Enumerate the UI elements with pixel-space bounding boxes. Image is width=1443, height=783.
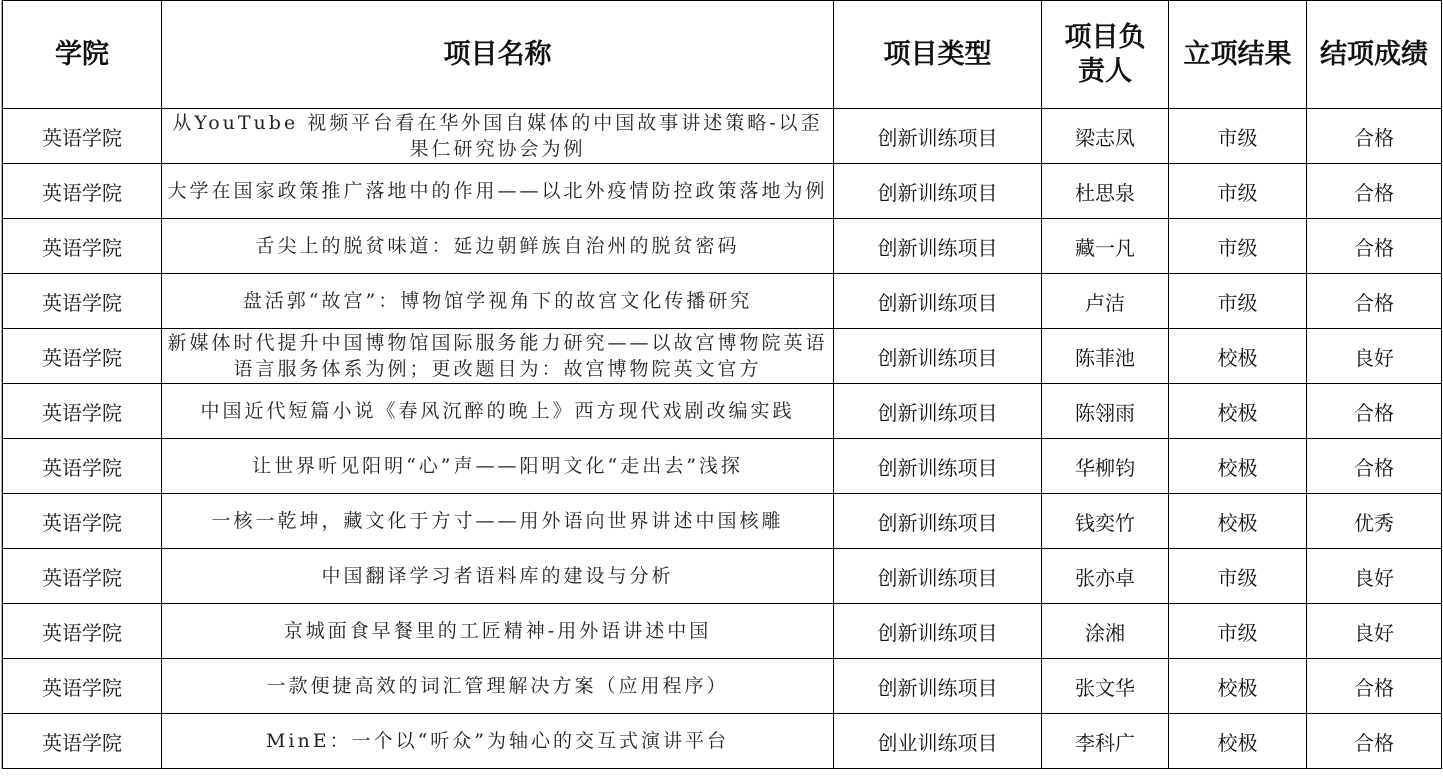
project-name-text: 让世界听见阳明“心”声——阳明文化“走出去”浅探 <box>162 453 833 479</box>
cell-college[interactable]: 英语学院 <box>3 549 162 604</box>
cell-project-type[interactable]: 创新训练项目 <box>834 109 1042 164</box>
table-row: 英语学院 京城面食早餐里的工匠精神-用外语讲述中国 创新训练项目 涂湘 市级 良… <box>3 604 1442 659</box>
cell-approval-result[interactable]: 市级 <box>1169 109 1307 164</box>
cell-leader[interactable]: 陈菲池 <box>1042 329 1169 384</box>
header-leader[interactable]: 项目负责人 <box>1042 1 1169 109</box>
cell-project-name[interactable]: 从YouTube 视频平台看在华外国自媒体的中国故事讲述策略-以歪果仁研究协会为… <box>162 109 834 164</box>
cell-project-type[interactable]: 创新训练项目 <box>834 604 1042 659</box>
cell-project-name[interactable]: 让世界听见阳明“心”声——阳明文化“走出去”浅探 <box>162 439 834 494</box>
cell-college[interactable]: 英语学院 <box>3 659 162 714</box>
cell-approval-result[interactable]: 校极 <box>1169 384 1307 439</box>
cell-project-type[interactable]: 创新训练项目 <box>834 274 1042 329</box>
table-row: 英语学院 舌尖上的脱贫味道：延边朝鲜族自治州的脱贫密码 创新训练项目 藏一凡 市… <box>3 219 1442 274</box>
cell-leader[interactable]: 卢洁 <box>1042 274 1169 329</box>
header-row: 学院 项目名称 项目类型 项目负责人 立项结果 结项成绩 <box>3 1 1442 109</box>
cell-completion-grade[interactable]: 良好 <box>1307 604 1442 659</box>
cell-project-type[interactable]: 创新训练项目 <box>834 549 1042 604</box>
cell-project-type[interactable]: 创新训练项目 <box>834 439 1042 494</box>
cell-approval-result[interactable]: 市级 <box>1169 219 1307 274</box>
project-name-text: MinE：一个以“听众”为轴心的交互式演讲平台 <box>162 728 833 754</box>
cell-approval-result[interactable]: 校极 <box>1169 329 1307 384</box>
cell-project-type[interactable]: 创新训练项目 <box>834 164 1042 219</box>
cell-project-name[interactable]: 新媒体时代提升中国博物馆国际服务能力研究——以故宫博物院英语语言服务体系为例；更… <box>162 329 834 384</box>
table-row: 英语学院 中国翻译学习者语料库的建设与分析 创新训练项目 张亦卓 市级 良好 <box>3 549 1442 604</box>
cell-project-name[interactable]: 一核一乾坤，藏文化于方寸——用外语向世界讲述中国核雕 <box>162 494 834 549</box>
table-row: 英语学院 一核一乾坤，藏文化于方寸——用外语向世界讲述中国核雕 创新训练项目 钱… <box>3 494 1442 549</box>
cell-completion-grade[interactable]: 合格 <box>1307 384 1442 439</box>
header-project-name[interactable]: 项目名称 <box>162 1 834 109</box>
cell-project-type[interactable]: 创业训练项目 <box>834 714 1042 769</box>
project-name-text: 一款便捷高效的词汇管理解决方案（应用程序） <box>162 673 833 699</box>
cell-project-type[interactable]: 创新训练项目 <box>834 219 1042 274</box>
cell-project-name[interactable]: 舌尖上的脱贫味道：延边朝鲜族自治州的脱贫密码 <box>162 219 834 274</box>
cell-leader[interactable]: 藏一凡 <box>1042 219 1169 274</box>
cell-college[interactable]: 英语学院 <box>3 714 162 769</box>
project-name-text: 中国近代短篇小说《春风沉醉的晚上》西方现代戏剧改编实践 <box>162 398 833 424</box>
cell-approval-result[interactable]: 市级 <box>1169 549 1307 604</box>
cell-project-name[interactable]: MinE：一个以“听众”为轴心的交互式演讲平台 <box>162 714 834 769</box>
cell-project-name[interactable]: 中国近代短篇小说《春风沉醉的晚上》西方现代戏剧改编实践 <box>162 384 834 439</box>
cell-college[interactable]: 英语学院 <box>3 164 162 219</box>
cell-project-type[interactable]: 创新训练项目 <box>834 329 1042 384</box>
cell-approval-result[interactable]: 校极 <box>1169 659 1307 714</box>
table-row: 英语学院 新媒体时代提升中国博物馆国际服务能力研究——以故宫博物院英语语言服务体… <box>3 329 1442 384</box>
cell-leader[interactable]: 梁志凤 <box>1042 109 1169 164</box>
header-approval-result[interactable]: 立项结果 <box>1169 1 1307 109</box>
cell-college[interactable]: 英语学院 <box>3 384 162 439</box>
cell-leader[interactable]: 华柳钧 <box>1042 439 1169 494</box>
cell-approval-result[interactable]: 校极 <box>1169 494 1307 549</box>
project-name-text: 新媒体时代提升中国博物馆国际服务能力研究——以故宫博物院英语语言服务体系为例；更… <box>162 330 833 382</box>
cell-college[interactable]: 英语学院 <box>3 219 162 274</box>
cell-leader[interactable]: 陈翎雨 <box>1042 384 1169 439</box>
table-row: 英语学院 MinE：一个以“听众”为轴心的交互式演讲平台 创业训练项目 李科广 … <box>3 714 1442 769</box>
project-name-text: 一核一乾坤，藏文化于方寸——用外语向世界讲述中国核雕 <box>162 508 833 534</box>
table-row: 英语学院 让世界听见阳明“心”声——阳明文化“走出去”浅探 创新训练项目 华柳钧… <box>3 439 1442 494</box>
cell-project-name[interactable]: 盘活郭“故宫”：博物馆学视角下的故宫文化传播研究 <box>162 274 834 329</box>
table-row: 英语学院 从YouTube 视频平台看在华外国自媒体的中国故事讲述策略-以歪果仁… <box>3 109 1442 164</box>
cell-completion-grade[interactable]: 良好 <box>1307 549 1442 604</box>
cell-completion-grade[interactable]: 合格 <box>1307 274 1442 329</box>
spreadsheet: 学院 项目名称 项目类型 项目负责人 立项结果 结项成绩 英语学院 从YouTu… <box>1 0 1442 769</box>
cell-college[interactable]: 英语学院 <box>3 604 162 659</box>
cell-project-type[interactable]: 创新训练项目 <box>834 384 1042 439</box>
cell-college[interactable]: 英语学院 <box>3 494 162 549</box>
cell-completion-grade[interactable]: 合格 <box>1307 659 1442 714</box>
cell-leader[interactable]: 张文华 <box>1042 659 1169 714</box>
cell-leader[interactable]: 李科广 <box>1042 714 1169 769</box>
projects-table: 学院 项目名称 项目类型 项目负责人 立项结果 结项成绩 英语学院 从YouTu… <box>2 0 1442 769</box>
cell-project-name[interactable]: 一款便捷高效的词汇管理解决方案（应用程序） <box>162 659 834 714</box>
cell-approval-result[interactable]: 校极 <box>1169 714 1307 769</box>
table-row: 英语学院 盘活郭“故宫”：博物馆学视角下的故宫文化传播研究 创新训练项目 卢洁 … <box>3 274 1442 329</box>
header-completion-grade[interactable]: 结项成绩 <box>1307 1 1442 109</box>
table-row: 英语学院 大学在国家政策推广落地中的作用——以北外疫情防控政策落地为例 创新训练… <box>3 164 1442 219</box>
cell-project-name[interactable]: 中国翻译学习者语料库的建设与分析 <box>162 549 834 604</box>
header-college[interactable]: 学院 <box>3 1 162 109</box>
cell-project-type[interactable]: 创新训练项目 <box>834 494 1042 549</box>
table-row: 英语学院 中国近代短篇小说《春风沉醉的晚上》西方现代戏剧改编实践 创新训练项目 … <box>3 384 1442 439</box>
cell-leader[interactable]: 张亦卓 <box>1042 549 1169 604</box>
cell-college[interactable]: 英语学院 <box>3 274 162 329</box>
cell-college[interactable]: 英语学院 <box>3 109 162 164</box>
project-name-text: 从YouTube 视频平台看在华外国自媒体的中国故事讲述策略-以歪果仁研究协会为… <box>162 110 833 162</box>
cell-completion-grade[interactable]: 优秀 <box>1307 494 1442 549</box>
cell-completion-grade[interactable]: 合格 <box>1307 439 1442 494</box>
project-name-text: 中国翻译学习者语料库的建设与分析 <box>162 563 833 589</box>
cell-approval-result[interactable]: 校极 <box>1169 439 1307 494</box>
cell-approval-result[interactable]: 市级 <box>1169 164 1307 219</box>
cell-completion-grade[interactable]: 合格 <box>1307 109 1442 164</box>
cell-college[interactable]: 英语学院 <box>3 439 162 494</box>
project-name-text: 大学在国家政策推广落地中的作用——以北外疫情防控政策落地为例 <box>162 178 833 204</box>
cell-completion-grade[interactable]: 合格 <box>1307 714 1442 769</box>
project-name-text: 京城面食早餐里的工匠精神-用外语讲述中国 <box>162 618 833 644</box>
cell-completion-grade[interactable]: 合格 <box>1307 164 1442 219</box>
project-name-text: 舌尖上的脱贫味道：延边朝鲜族自治州的脱贫密码 <box>162 233 833 259</box>
cell-project-name[interactable]: 大学在国家政策推广落地中的作用——以北外疫情防控政策落地为例 <box>162 164 834 219</box>
project-name-text: 盘活郭“故宫”：博物馆学视角下的故宫文化传播研究 <box>162 288 833 314</box>
cell-approval-result[interactable]: 市级 <box>1169 604 1307 659</box>
cell-leader[interactable]: 钱奕竹 <box>1042 494 1169 549</box>
cell-project-type[interactable]: 创新训练项目 <box>834 659 1042 714</box>
cell-leader[interactable]: 涂湘 <box>1042 604 1169 659</box>
header-project-type[interactable]: 项目类型 <box>834 1 1042 109</box>
cell-completion-grade[interactable]: 良好 <box>1307 329 1442 384</box>
cell-approval-result[interactable]: 市级 <box>1169 274 1307 329</box>
cell-project-name[interactable]: 京城面食早餐里的工匠精神-用外语讲述中国 <box>162 604 834 659</box>
cell-college[interactable]: 英语学院 <box>3 329 162 384</box>
header-leader-label: 项目负责人 <box>1057 21 1153 89</box>
cell-leader[interactable]: 杜思泉 <box>1042 164 1169 219</box>
cell-completion-grade[interactable]: 合格 <box>1307 219 1442 274</box>
table-row: 英语学院 一款便捷高效的词汇管理解决方案（应用程序） 创新训练项目 张文华 校极… <box>3 659 1442 714</box>
